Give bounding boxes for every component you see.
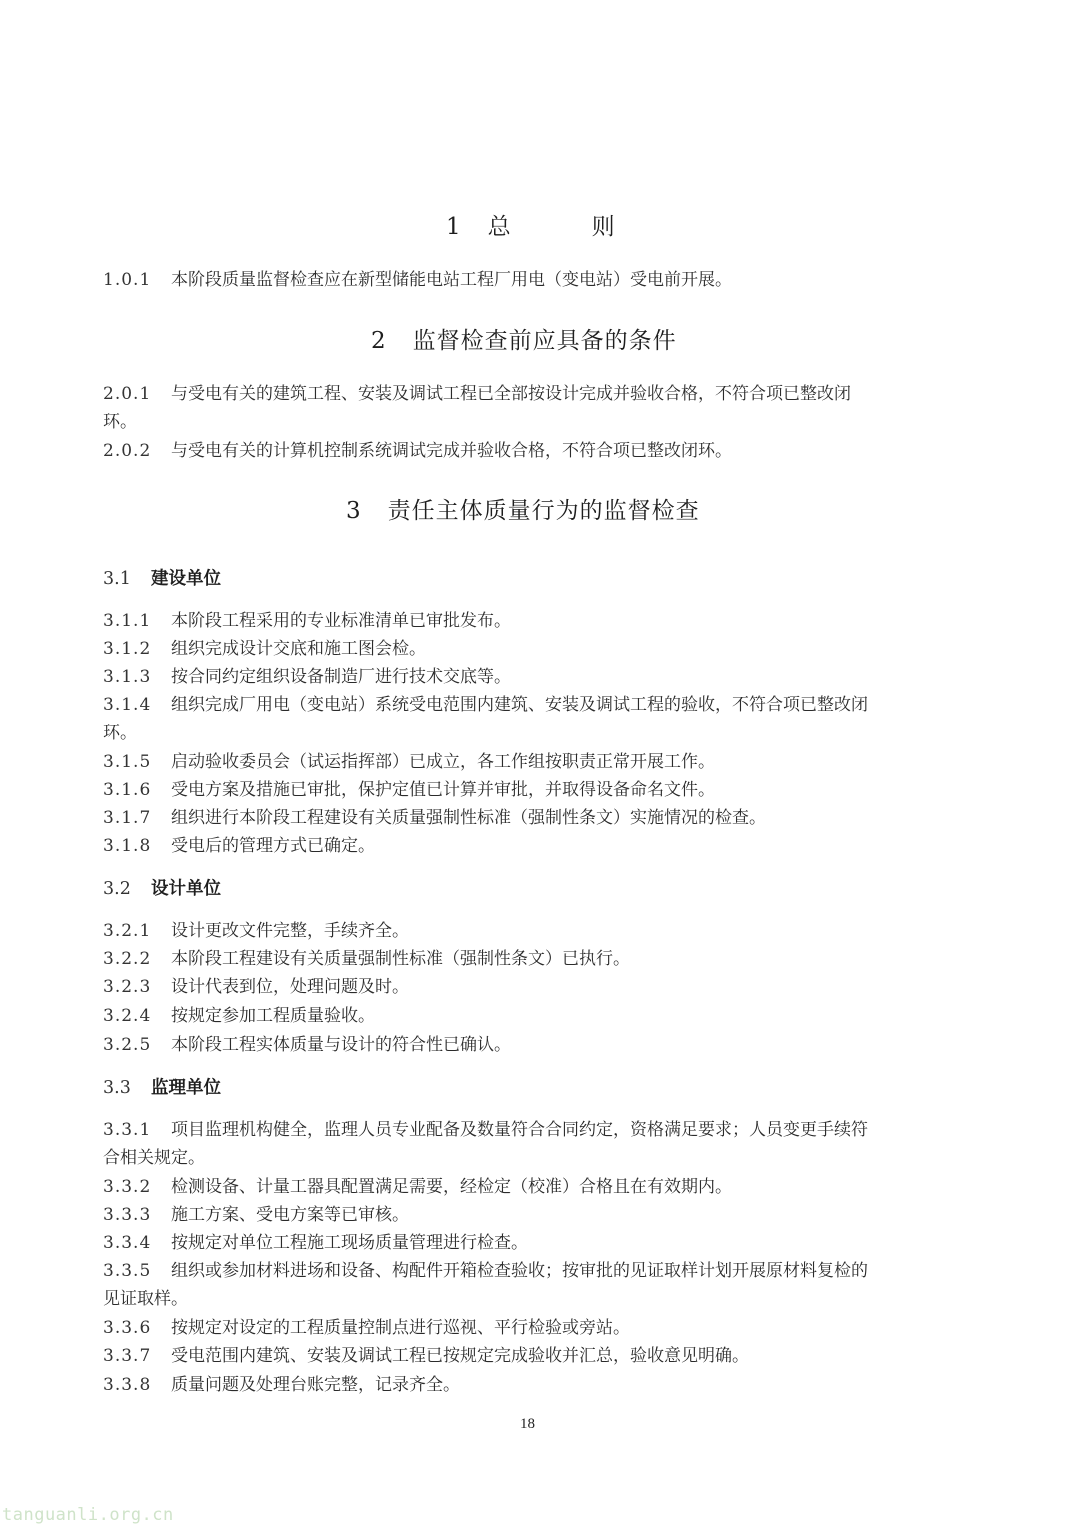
clause-number: 3.3.3: [103, 1201, 171, 1229]
clause-text: 设计代表到位，处理问题及时。: [171, 977, 409, 997]
clause-text: 设计更改文件完整，手续齐全。: [171, 921, 409, 941]
section-title: 建设单位: [151, 569, 221, 589]
clause-text: 组织或参加材料进场和设备、构配件开箱检查验收；按审批的见证取样计划开展原材料复检…: [171, 1261, 868, 1281]
clause-number: 3.2.2: [103, 945, 171, 973]
clause-number: 3.3.7: [103, 1342, 171, 1370]
clause-3-3-4: 3.3.4按规定对单位工程施工现场质量管理进行检查。: [103, 1229, 963, 1257]
clause-3-2-4: 3.2.4按规定参加工程质量验收。: [103, 1002, 963, 1030]
clause-text: 与受电有关的建筑工程、安装及调试工程已全部按设计完成并验收合格，不符合项已整改闭: [171, 384, 851, 404]
clause-2-0-2: 2.0.2与受电有关的计算机控制系统调试完成并验收合格，不符合项已整改闭环。: [103, 437, 963, 465]
chapter-title-part: 总: [488, 214, 512, 240]
section-number: 3.1: [103, 569, 151, 589]
chapter-number: 1: [446, 214, 462, 240]
clause-number: 3.2.1: [103, 917, 171, 945]
clause-text: 受电范围内建筑、安装及调试工程已按规定完成验收并汇总，验收意见明确。: [171, 1346, 749, 1366]
clause-number: 3.1.1: [103, 607, 171, 635]
clause-text: 检测设备、计量工器具配置满足需要，经检定（校准）合格且在有效期内。: [171, 1177, 732, 1197]
clause-text-continued: 见证取样。: [103, 1289, 188, 1309]
clause-text-continued: 合相关规定。: [103, 1148, 205, 1168]
clause-3-1-5: 3.1.5启动验收委员会（试运指挥部）已成立，各工作组按职责正常开展工作。: [103, 748, 963, 776]
clause-text: 本阶段工程采用的专业标准清单已审批发布。: [171, 611, 511, 631]
clause-3-1-3: 3.1.3按合同约定组织设备制造厂进行技术交底等。: [103, 663, 963, 691]
clause-3-1-4: 3.1.4组织完成厂用电（变电站）系统受电范围内建筑、安装及调试工程的验收，不符…: [103, 691, 963, 747]
clause-text: 启动验收委员会（试运指挥部）已成立，各工作组按职责正常开展工作。: [171, 752, 715, 772]
clause-3-1-6: 3.1.6受电方案及措施已审批，保护定值已计算并审批，并取得设备命名文件。: [103, 776, 963, 804]
clause-text: 组织完成厂用电（变电站）系统受电范围内建筑、安装及调试工程的验收，不符合项已整改…: [171, 695, 868, 715]
clause-3-2-5: 3.2.5本阶段工程实体质量与设计的符合性已确认。: [103, 1031, 963, 1059]
clause-number: 3.3.6: [103, 1314, 171, 1342]
clause-number: 3.1.5: [103, 748, 171, 776]
clause-text: 项目监理机构健全，监理人员专业配备及数量符合合同约定，资格满足要求；人员变更手续…: [171, 1120, 868, 1140]
clause-number: 3.3.4: [103, 1229, 171, 1257]
clause-number: 3.2.4: [103, 1002, 171, 1030]
clause-number: 3.1.4: [103, 691, 171, 719]
clause-number: 3.3.8: [103, 1371, 171, 1399]
clause-number: 3.1.3: [103, 663, 171, 691]
clause-text: 本阶段工程建设有关质量强制性标准（强制性条文）已执行。: [171, 949, 630, 969]
clause-number: 3.2.5: [103, 1031, 171, 1059]
clause-3-3-5: 3.3.5组织或参加材料进场和设备、构配件开箱检查验收；按审批的见证取样计划开展…: [103, 1257, 963, 1313]
clause-number: 3.3.1: [103, 1116, 171, 1144]
clause-text: 受电方案及措施已审批，保护定值已计算并审批，并取得设备命名文件。: [171, 780, 715, 800]
clause-number: 3.3.2: [103, 1173, 171, 1201]
section-number: 3.3: [103, 1078, 151, 1098]
clause-3-3-1: 3.3.1项目监理机构健全，监理人员专业配备及数量符合合同约定，资格满足要求；人…: [103, 1116, 963, 1172]
clause-text: 按合同约定组织设备制造厂进行技术交底等。: [171, 667, 511, 687]
clause-3-2-3: 3.2.3设计代表到位，处理问题及时。: [103, 973, 963, 1001]
clause-3-2-2: 3.2.2本阶段工程建设有关质量强制性标准（强制性条文）已执行。: [103, 945, 963, 973]
section-number: 3.2: [103, 879, 151, 899]
clause-number: 3.2.3: [103, 973, 171, 1001]
clause-3-3-2: 3.3.2检测设备、计量工器具配置满足需要，经检定（校准）合格且在有效期内。: [103, 1173, 963, 1201]
chapter-1-heading: 1总则: [446, 208, 616, 241]
chapter-title: 责任主体质量行为的监督检查: [388, 498, 700, 524]
page-number: 18: [520, 1416, 535, 1433]
clause-text: 按规定参加工程质量验收。: [171, 1006, 375, 1026]
clause-text: 与受电有关的计算机控制系统调试完成并验收合格，不符合项已整改闭环。: [171, 441, 732, 461]
section-3-1-heading: 3.1建设单位: [103, 565, 221, 590]
clause-text: 本阶段工程实体质量与设计的符合性已确认。: [171, 1035, 511, 1055]
clause-text: 施工方案、受电方案等已审核。: [171, 1205, 409, 1225]
clause-3-1-2: 3.1.2组织完成设计交底和施工图会检。: [103, 635, 963, 663]
clause-text: 组织进行本阶段工程建设有关质量强制性标准（强制性条文）实施情况的检查。: [171, 808, 766, 828]
clause-number: 3.1.7: [103, 804, 171, 832]
section-3-2-heading: 3.2设计单位: [103, 875, 221, 900]
chapter-title-part: 则: [592, 214, 616, 240]
clause-text: 按规定对设定的工程质量控制点进行巡视、平行检验或旁站。: [171, 1318, 630, 1338]
section-title: 设计单位: [151, 879, 221, 899]
clause-text-continued: 环。: [103, 723, 137, 743]
chapter-number: 3: [346, 498, 362, 524]
clause-1-0-1: 1.0.1本阶段质量监督检查应在新型储能电站工程厂用电（变电站）受电前开展。: [103, 266, 963, 294]
clause-text: 质量问题及处理台账完整，记录齐全。: [171, 1375, 460, 1395]
chapter-2-heading: 2监督检查前应具备的条件: [371, 322, 677, 355]
clause-number: 3.1.2: [103, 635, 171, 663]
clause-number: 2.0.1: [103, 380, 171, 408]
section-title: 监理单位: [151, 1078, 221, 1098]
clause-text-continued: 环。: [103, 412, 137, 432]
section-3-3-heading: 3.3监理单位: [103, 1074, 221, 1099]
clause-number: 3.1.6: [103, 776, 171, 804]
clause-text: 按规定对单位工程施工现场质量管理进行检查。: [171, 1233, 528, 1253]
clause-3-1-8: 3.1.8受电后的管理方式已确定。: [103, 832, 963, 860]
clause-3-3-6: 3.3.6按规定对设定的工程质量控制点进行巡视、平行检验或旁站。: [103, 1314, 963, 1342]
clause-number: 1.0.1: [103, 266, 171, 294]
chapter-number: 2: [371, 328, 387, 354]
clause-2-0-1: 2.0.1与受电有关的建筑工程、安装及调试工程已全部按设计完成并验收合格，不符合…: [103, 380, 963, 436]
clause-3-2-1: 3.2.1设计更改文件完整，手续齐全。: [103, 917, 963, 945]
clause-3-3-3: 3.3.3施工方案、受电方案等已审核。: [103, 1201, 963, 1229]
watermark: tanguanli.org.cn: [2, 1505, 174, 1525]
clause-text: 本阶段质量监督检查应在新型储能电站工程厂用电（变电站）受电前开展。: [171, 270, 732, 290]
clause-text: 组织完成设计交底和施工图会检。: [171, 639, 426, 659]
clause-number: 3.3.5: [103, 1257, 171, 1285]
clause-3-1-1: 3.1.1本阶段工程采用的专业标准清单已审批发布。: [103, 607, 963, 635]
clause-3-3-7: 3.3.7受电范围内建筑、安装及调试工程已按规定完成验收并汇总，验收意见明确。: [103, 1342, 963, 1370]
chapter-title: 监督检查前应具备的条件: [413, 328, 677, 354]
clause-text: 受电后的管理方式已确定。: [171, 836, 375, 856]
chapter-3-heading: 3责任主体质量行为的监督检查: [346, 492, 700, 525]
clause-3-1-7: 3.1.7组织进行本阶段工程建设有关质量强制性标准（强制性条文）实施情况的检查。: [103, 804, 963, 832]
clause-number: 3.1.8: [103, 832, 171, 860]
clause-number: 2.0.2: [103, 437, 171, 465]
clause-3-3-8: 3.3.8质量问题及处理台账完整，记录齐全。: [103, 1371, 963, 1399]
document-page: 1总则 1.0.1本阶段质量监督检查应在新型储能电站工程厂用电（变电站）受电前开…: [0, 0, 1080, 1527]
